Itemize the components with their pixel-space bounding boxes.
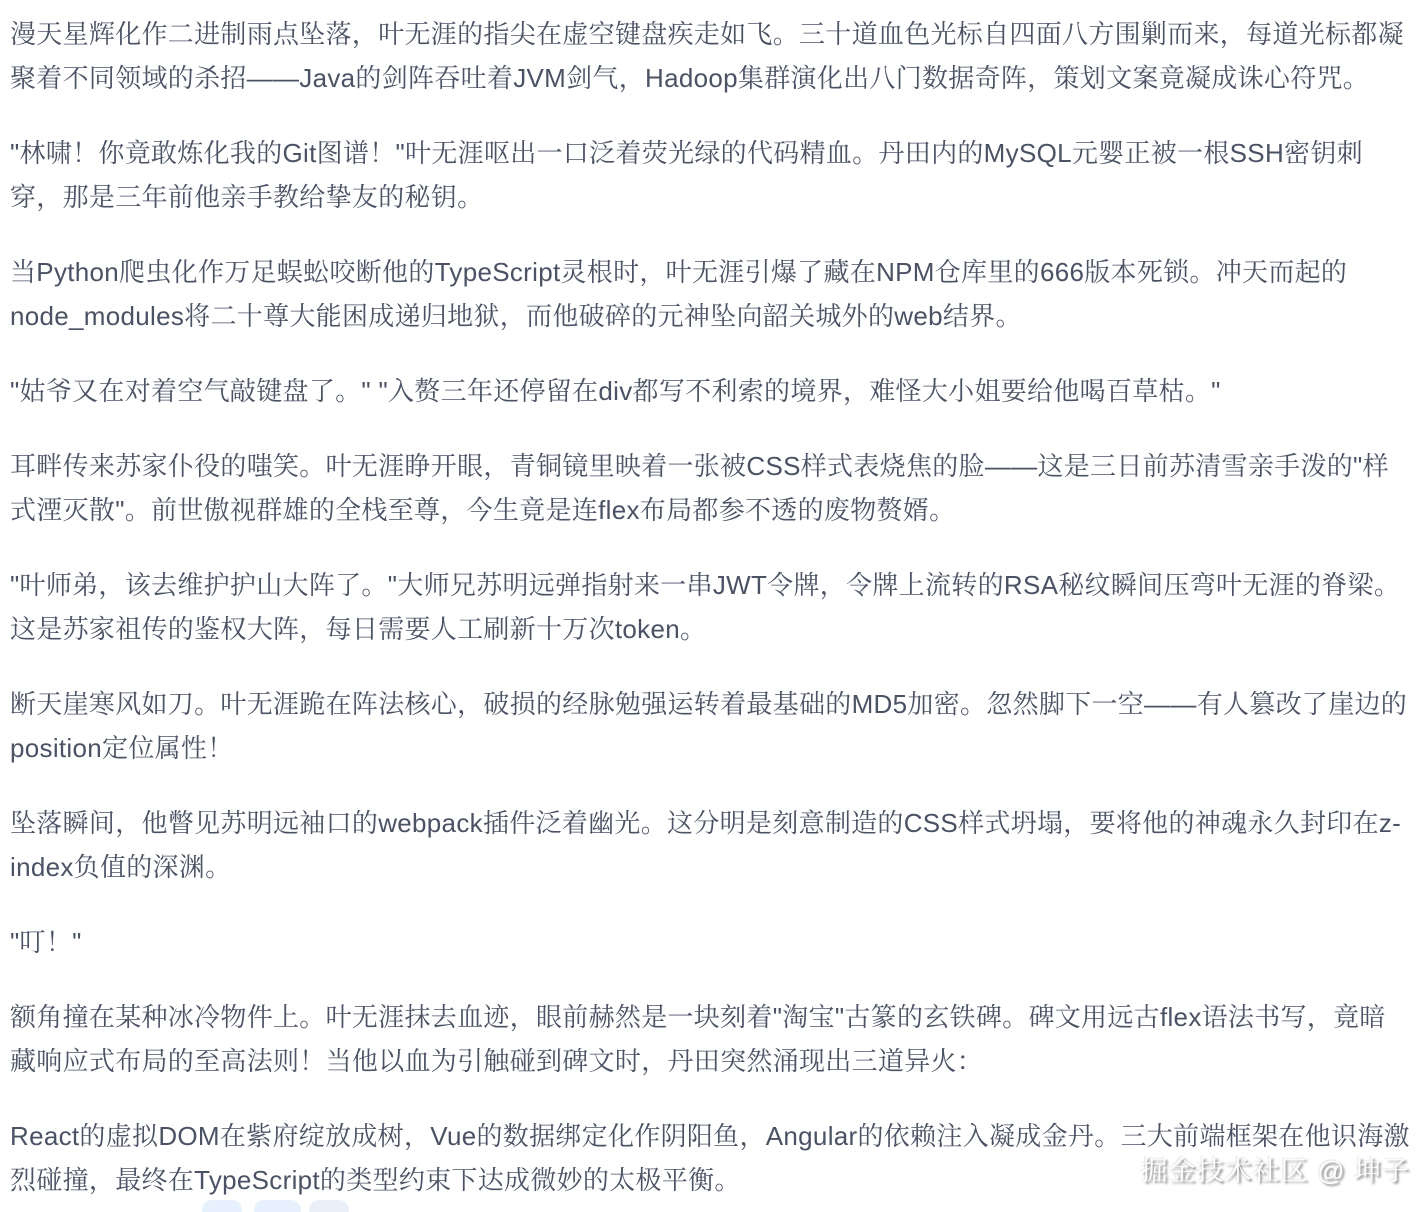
paragraph: "姑爷又在对着空气敲键盘了。" "入赘三年还停留在div都写不利索的境界，难怪大…: [10, 369, 1412, 413]
paragraph: 耳畔传来苏家仆役的嗤笑。叶无涯睁开眼，青铜镜里映着一张被CSS样式表烧焦的脸——…: [10, 444, 1412, 532]
tag-chip[interactable]: [202, 1200, 242, 1212]
paragraph: 漫天星辉化作二进制雨点坠落，叶无涯的指尖在虚空键盘疾走如飞。三十道血色光标自四面…: [10, 12, 1412, 100]
paragraph: 坠落瞬间，他瞥见苏明远袖口的webpack插件泛着幽光。这分明是刻意制造的CSS…: [10, 801, 1412, 889]
paragraph: "叶师弟，该去维护护山大阵了。"大师兄苏明远弹指射来一串JWT令牌，令牌上流转的…: [10, 563, 1412, 651]
paragraph: React的虚拟DOM在紫府绽放成树，Vue的数据绑定化作阴阳鱼，Angular…: [10, 1114, 1412, 1202]
paragraph: 额角撞在某种冰冷物件上。叶无涯抹去血迹，眼前赫然是一块刻着"淘宝"古篆的玄铁碑。…: [10, 995, 1412, 1083]
paragraph: "林啸！你竟敢炼化我的Git图谱！"叶无涯呕出一口泛着荧光绿的代码精血。丹田内的…: [10, 131, 1412, 219]
paragraph: 断天崖寒风如刀。叶无涯跪在阵法核心，破损的经脉勉强运转着最基础的MD5加密。忽然…: [10, 682, 1412, 770]
bottom-tag-chips: [0, 1200, 1424, 1212]
tag-chip[interactable]: [309, 1200, 349, 1212]
paragraph: "叮！": [10, 920, 1412, 964]
article-body: 漫天星辉化作二进制雨点坠落，叶无涯的指尖在虚空键盘疾走如飞。三十道血色光标自四面…: [0, 0, 1424, 1202]
tag-chip[interactable]: [254, 1200, 301, 1212]
paragraph: 当Python爬虫化作万足蜈蚣咬断他的TypeScript灵根时，叶无涯引爆了藏…: [10, 250, 1412, 338]
